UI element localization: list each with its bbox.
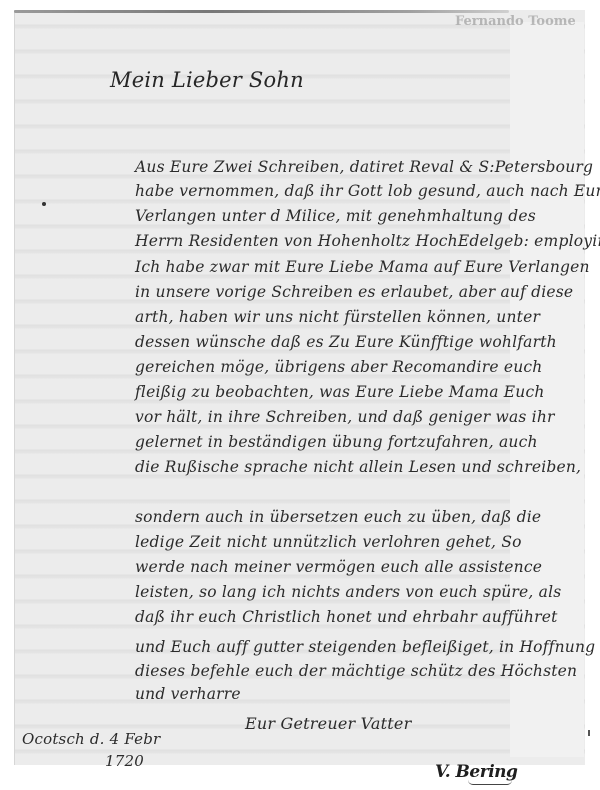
letter-salutation: Mein Lieber Sohn	[110, 68, 304, 92]
page-top-edge	[14, 10, 509, 13]
letter-line: arth, haben wir uns nicht fürstellen kön…	[135, 308, 595, 326]
letter-line: Verlangen unter d Milice, mit genehmhalt…	[135, 207, 595, 225]
margin-mark	[42, 202, 46, 206]
signature-flourish	[468, 780, 512, 785]
letter-line: und verharre	[135, 685, 595, 703]
letter-line: in unsere vorige Schreiben es erlaubet, …	[135, 283, 595, 301]
letter-line: und Euch auff gutter steigenden befleißi…	[135, 638, 595, 656]
letter-year: 1720	[105, 752, 144, 770]
letter-line: ledige Zeit nicht unnützlich verlohren g…	[135, 533, 595, 551]
letter-line: dieses befehle euch der mächtige schütz …	[135, 662, 595, 680]
letter-line: die Rußische sprache nicht allein Lesen …	[135, 458, 595, 476]
letter-line: Ich habe zwar mit Eure Liebe Mama auf Eu…	[135, 258, 595, 276]
letter-line: dessen wünsche daß es Zu Eure Künfftige …	[135, 333, 595, 351]
letter-line: fleißig zu beobachten, was Eure Liebe Ma…	[135, 383, 595, 401]
letter-closing: Eur Getreuer Vatter	[245, 714, 411, 733]
letter-line: Herrn Residenten von Hohenholtz HochEdel…	[135, 232, 595, 250]
letter-line: leisten, so lang ich nichts anders von e…	[135, 583, 595, 601]
scan-speck	[588, 730, 590, 736]
letter-line: werde nach meiner vermögen euch alle ass…	[135, 558, 595, 576]
letter-line: daß ihr euch Christlich honet und ehrbah…	[135, 608, 595, 626]
letter-line: Aus Eure Zwei Schreiben, datiret Reval &…	[135, 158, 595, 176]
letter-line: gelernet in beständigen übung fortzufahr…	[135, 433, 595, 451]
letter-line: habe vernommen, daß ihr Gott lob gesund,…	[135, 182, 595, 200]
letter-line: gereichen möge, übrigens aber Recomandir…	[135, 358, 595, 376]
letter-place-date: Ocotsch d. 4 Febr	[22, 730, 160, 748]
background-bleed-text: Fernando Toomey...	[455, 14, 575, 30]
letter-line: sondern auch in übersetzen euch zu üben,…	[135, 508, 595, 526]
letter-line: vor hält, in ihre Schreiben, und daß gen…	[135, 408, 595, 426]
letter-signature: V. Bering	[435, 762, 517, 782]
